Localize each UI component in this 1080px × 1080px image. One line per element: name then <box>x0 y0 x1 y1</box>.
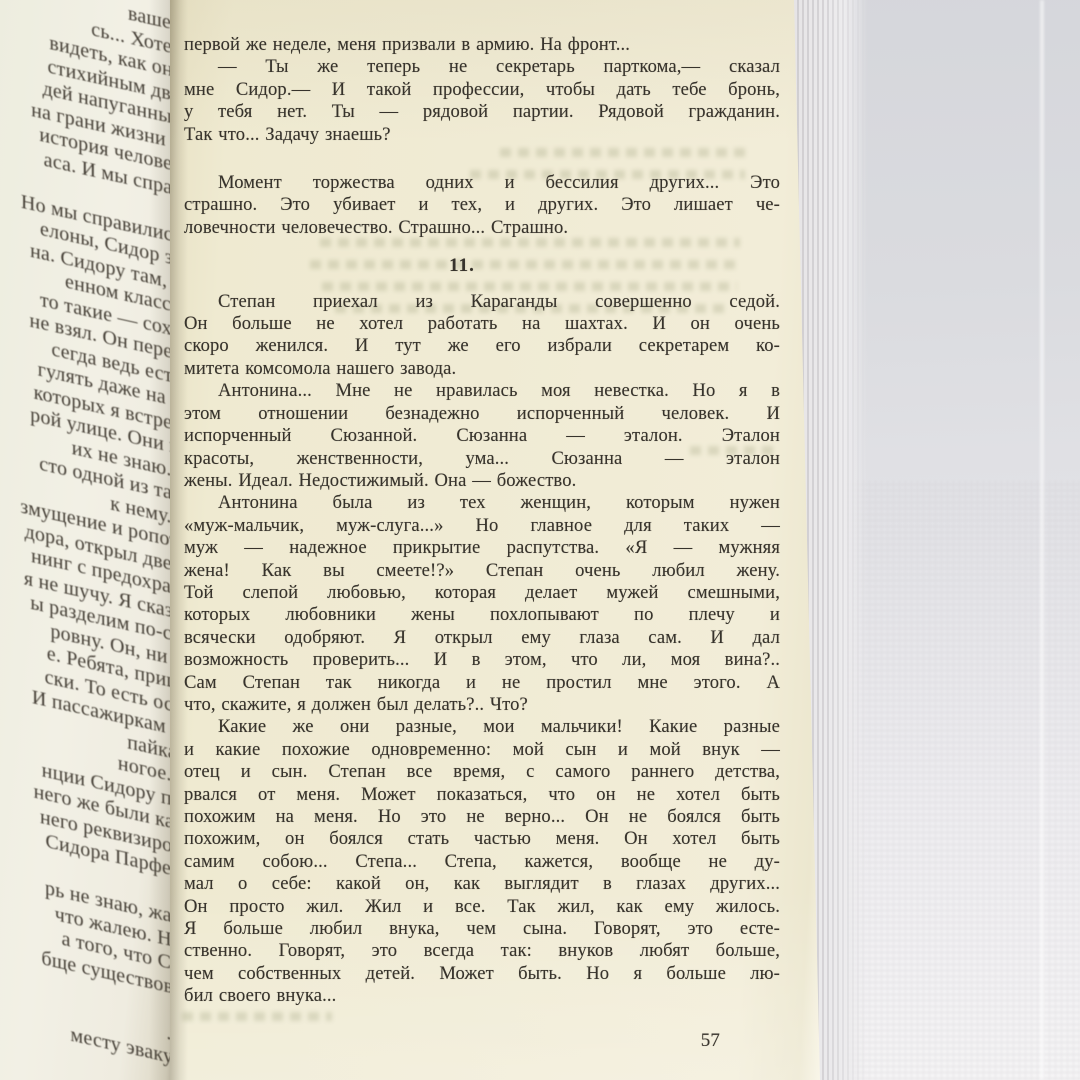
text-line: чем собственных детей. Может быть. Но я … <box>184 963 780 985</box>
paragraph: — Ты же теперь не секретарь парткома,— с… <box>184 56 780 146</box>
text-line: жена! Как вы смеете!?» Степан очень люби… <box>184 560 780 582</box>
book-photo-scene: вашейсь... Хотелвидеть, как онастихийным… <box>0 0 1080 1080</box>
text-line: ловечности человечество. Страшно... Стра… <box>184 217 780 239</box>
text-line: Степан приехал из Караганды совершенно с… <box>184 291 780 313</box>
text-line: и какие похожие одновременно: мой сын и … <box>184 739 780 761</box>
text-line: Антонина была из тех женщин, которым нуж… <box>184 492 780 514</box>
left-book-page: вашейсь... Хотелвидеть, как онастихийным… <box>0 0 183 1080</box>
text-line: Той слепой любовью, которая делает мужей… <box>184 582 780 604</box>
text-line: отец и сын. Степан все время, с самого р… <box>184 761 780 783</box>
text-line: ственно. Говорят, это всегда так: внуков… <box>184 940 780 962</box>
text-line: всячески одобряют. Я открыл ему глаза са… <box>184 627 780 649</box>
wall-seam <box>1040 0 1044 1080</box>
paragraph: первой же неделе, меня призвали в армию.… <box>184 34 780 56</box>
text-line: похожим, он боялся стать частью меня. Он… <box>184 828 780 850</box>
text-line: мал о себе: какой он, как выглядит в гла… <box>184 873 780 895</box>
text-line: Антонина... Мне не нравилась моя невестк… <box>184 380 780 402</box>
right-page-text-block: первой же неделе, меня призвали в армию.… <box>184 34 780 1052</box>
text-line: первой же неделе, меня призвали в армию.… <box>184 34 780 56</box>
text-line: самим собою... Степа... Степа, кажется, … <box>184 851 780 873</box>
paragraph: Антонина... Мне не нравилась моя невестк… <box>184 380 780 492</box>
text-line: у тебя нет. Ты — рядовой партии. Рядовой… <box>184 101 780 123</box>
text-line: страшно. Это убивает и тех, и других. Эт… <box>184 194 780 216</box>
text-line: «муж-мальчик, муж-слуга...» Но главное д… <box>184 515 780 537</box>
text-line: — Ты же теперь не секретарь парткома,— с… <box>184 56 780 78</box>
text-line: Он просто жил. Жил и все. Так жил, как е… <box>184 896 780 918</box>
text-line: испорченный Сюзанной. Сюзанна — эталон. … <box>184 425 780 447</box>
text-line: этом отношении безнадежно испорченный че… <box>184 403 780 425</box>
text-line: бил своего внука... <box>184 985 780 1007</box>
paragraph: Момент торжества одних и бессилия других… <box>184 172 780 239</box>
text-line: Момент торжества одних и бессилия других… <box>184 172 780 194</box>
right-book-page: первой же неделе, меня призвали в армию.… <box>170 0 820 1080</box>
text-line: похожим на меня. Но это не верно... Он н… <box>184 806 780 828</box>
text-line: мне Сидор.— И такой профессии, чтобы дат… <box>184 79 780 101</box>
text-line: митета комсомола нашего завода. <box>184 358 780 380</box>
text-line: жены. Идеал. Недостижимый. Она — божеств… <box>184 470 780 492</box>
paragraph: Антонина была из тех женщин, которым нуж… <box>184 492 780 716</box>
page-number: 57 <box>184 1030 780 1052</box>
text-line: Какие же они разные, мои мальчики! Какие… <box>184 716 780 738</box>
text-line: что, скажите, я должен был делать?.. Что… <box>184 694 780 716</box>
text-line: скоро женился. И тут же его избрали секр… <box>184 335 780 357</box>
text-line: Он больше не хотел работать на шахтах. И… <box>184 313 780 335</box>
text-line: красоты, женственности, ума... Сюзанна —… <box>184 448 780 470</box>
paragraph: Степан приехал из Караганды совершенно с… <box>184 291 780 381</box>
chapter-heading: 11. <box>164 255 760 277</box>
text-line: рвался от меня. Может показаться, что он… <box>184 784 780 806</box>
text-line: возможность проверить... И в этом, что л… <box>184 649 780 671</box>
text-line: которых любовники жены похлопывают по пл… <box>184 604 780 626</box>
text-line: муж — надежное прикрытие распутства. «Я … <box>184 537 780 559</box>
text-line: Я больше любил внука, чем сына. Говорят,… <box>184 918 780 940</box>
text-line: Так что... Задачу знаешь? <box>184 124 780 146</box>
paragraph: Какие же они разные, мои мальчики! Какие… <box>184 716 780 1007</box>
text-line: Сам Степан так никогда и не простил мне … <box>184 672 780 694</box>
